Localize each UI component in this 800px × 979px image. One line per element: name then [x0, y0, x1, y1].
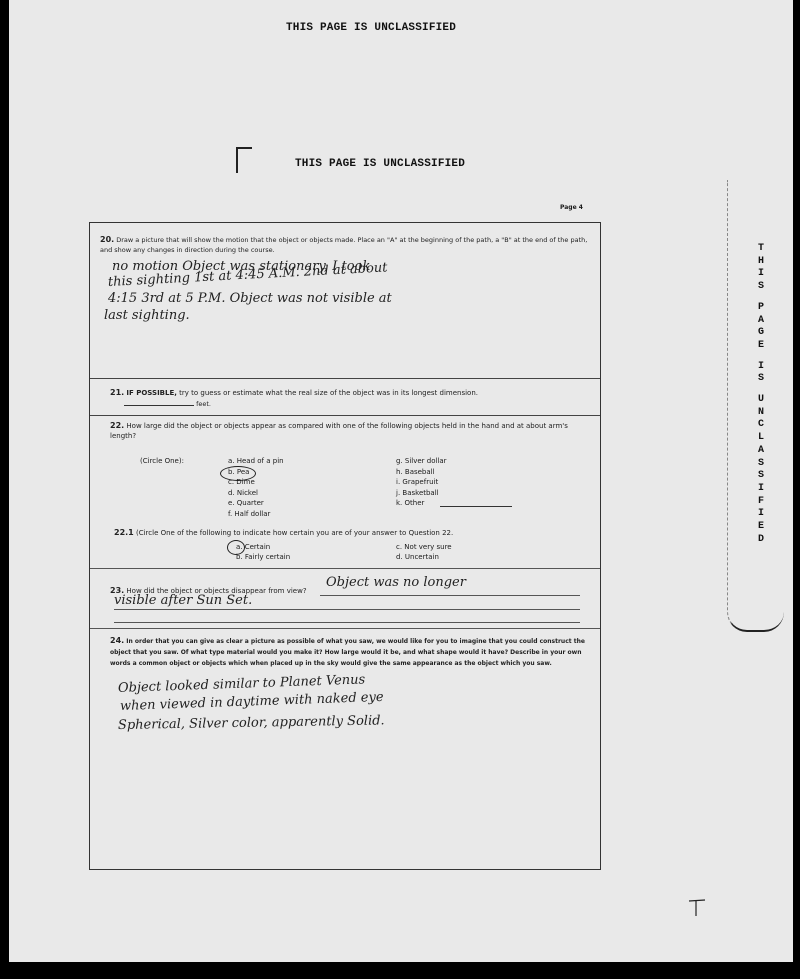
- corner-bracket-mark: [236, 147, 252, 173]
- question-20-answer-line-4: last sighting.: [104, 308, 190, 323]
- q22-option-right-3[interactable]: j. Basketball: [396, 488, 439, 498]
- size-feet-blank: [124, 405, 194, 406]
- question-23-answer-line-2: visible after Sun Set.: [114, 593, 252, 608]
- answer-line: [320, 595, 580, 596]
- question-20-prompt: 20. Draw a picture that will show the mo…: [100, 235, 590, 255]
- q22-option-left-0[interactable]: a. Head of a pin: [228, 456, 284, 466]
- cross-mark-icon: [687, 898, 707, 918]
- q22-1-option-d[interactable]: d. Uncertain: [396, 552, 439, 562]
- q22-option-left-2[interactable]: c. Dime: [228, 477, 255, 487]
- vertical-stamp-letter: H: [751, 256, 771, 269]
- vertical-stamp-letter: D: [751, 534, 771, 547]
- divider: [90, 568, 600, 569]
- divider: [90, 628, 600, 629]
- question-20-number: 20.: [100, 235, 114, 244]
- q22-option-right-1[interactable]: h. Baseball: [396, 467, 435, 477]
- other-blank[interactable]: [440, 506, 512, 507]
- q22-option-left-3[interactable]: d. Nickel: [228, 488, 258, 498]
- q22-option-left-4[interactable]: e. Quarter: [228, 498, 264, 508]
- vertical-stamp-letter: S: [751, 281, 771, 294]
- question-21-prompt: 21. IF POSSIBLE, try to guess or estimat…: [110, 388, 590, 399]
- q22-1-option-b[interactable]: b. Fairly certain: [236, 552, 290, 562]
- question-24-answer-line-3: Spherical, Silver color, apparently Soli…: [118, 713, 385, 733]
- vertical-stamp-letter: A: [751, 315, 771, 328]
- question-20-section: 20. Draw a picture that will show the mo…: [90, 223, 600, 379]
- questionnaire-form: 20. Draw a picture that will show the mo…: [89, 222, 601, 870]
- question-23-answer-line-1: Object was no longer: [326, 575, 466, 590]
- vertical-stamp-letter: [751, 353, 771, 361]
- q22-1-option-c[interactable]: c. Not very sure: [396, 542, 452, 552]
- vertical-stamp-letter: N: [751, 407, 771, 420]
- vertical-stamp-letter: E: [751, 340, 771, 353]
- question-20-answer-line-3: 4:15 3rd at 5 P.M. Object was not visibl…: [108, 291, 392, 306]
- vertical-stamp-letter: C: [751, 419, 771, 432]
- classification-stamp-vertical: THISPAGEISUNCLASSIFIED: [751, 243, 771, 546]
- question-21-answer: feet.: [124, 400, 211, 410]
- vertical-stamp-letter: T: [751, 243, 771, 256]
- vertical-stamp-letter: A: [751, 445, 771, 458]
- q22-option-right-4[interactable]: k. Other: [396, 498, 424, 508]
- question-22-1-prompt: 22.1 (Circle One of the following to ind…: [114, 528, 594, 539]
- circle-one-instruction: (Circle One):: [140, 456, 184, 466]
- vertical-stamp-letter: U: [751, 394, 771, 407]
- selection-circle-certain: [227, 540, 245, 555]
- vertical-stamp-letter: I: [751, 483, 771, 496]
- question-21-section: 21. IF POSSIBLE, try to guess or estimat…: [90, 378, 600, 416]
- answer-line: [114, 622, 580, 623]
- vertical-stamp-letter: I: [751, 268, 771, 281]
- vertical-stamp-letter: E: [751, 521, 771, 534]
- vertical-stamp-letter: S: [751, 470, 771, 483]
- answer-line: [114, 609, 580, 610]
- vertical-stamp-letter: I: [751, 508, 771, 521]
- q22-option-left-5[interactable]: f. Half dollar: [228, 509, 270, 519]
- vertical-stamp-letter: I: [751, 361, 771, 374]
- classification-stamp-top: THIS PAGE IS UNCLASSIFIED: [286, 22, 456, 34]
- question-22-prompt: 22. How large did the object or objects …: [110, 421, 590, 441]
- vertical-stamp-letter: G: [751, 327, 771, 340]
- page-number: Page 4: [560, 204, 583, 211]
- q22-option-right-0[interactable]: g. Silver dollar: [396, 456, 447, 466]
- vertical-stamp-letter: S: [751, 373, 771, 386]
- classification-stamp-middle: THIS PAGE IS UNCLASSIFIED: [295, 158, 465, 170]
- document-page: THIS PAGE IS UNCLASSIFIED THIS PAGE IS U…: [9, 0, 793, 962]
- vertical-stamp-letter: P: [751, 302, 771, 315]
- q22-option-left-1[interactable]: b. Pea: [228, 467, 249, 477]
- vertical-stamp-letter: S: [751, 458, 771, 471]
- question-24-prompt: 24. In order that you can give as clear …: [110, 635, 590, 669]
- q22-option-right-2[interactable]: i. Grapefruit: [396, 477, 438, 487]
- vertical-stamp-letter: [751, 294, 771, 302]
- vertical-stamp-letter: L: [751, 432, 771, 445]
- vertical-stamp-letter: [751, 386, 771, 394]
- vertical-stamp-letter: F: [751, 496, 771, 509]
